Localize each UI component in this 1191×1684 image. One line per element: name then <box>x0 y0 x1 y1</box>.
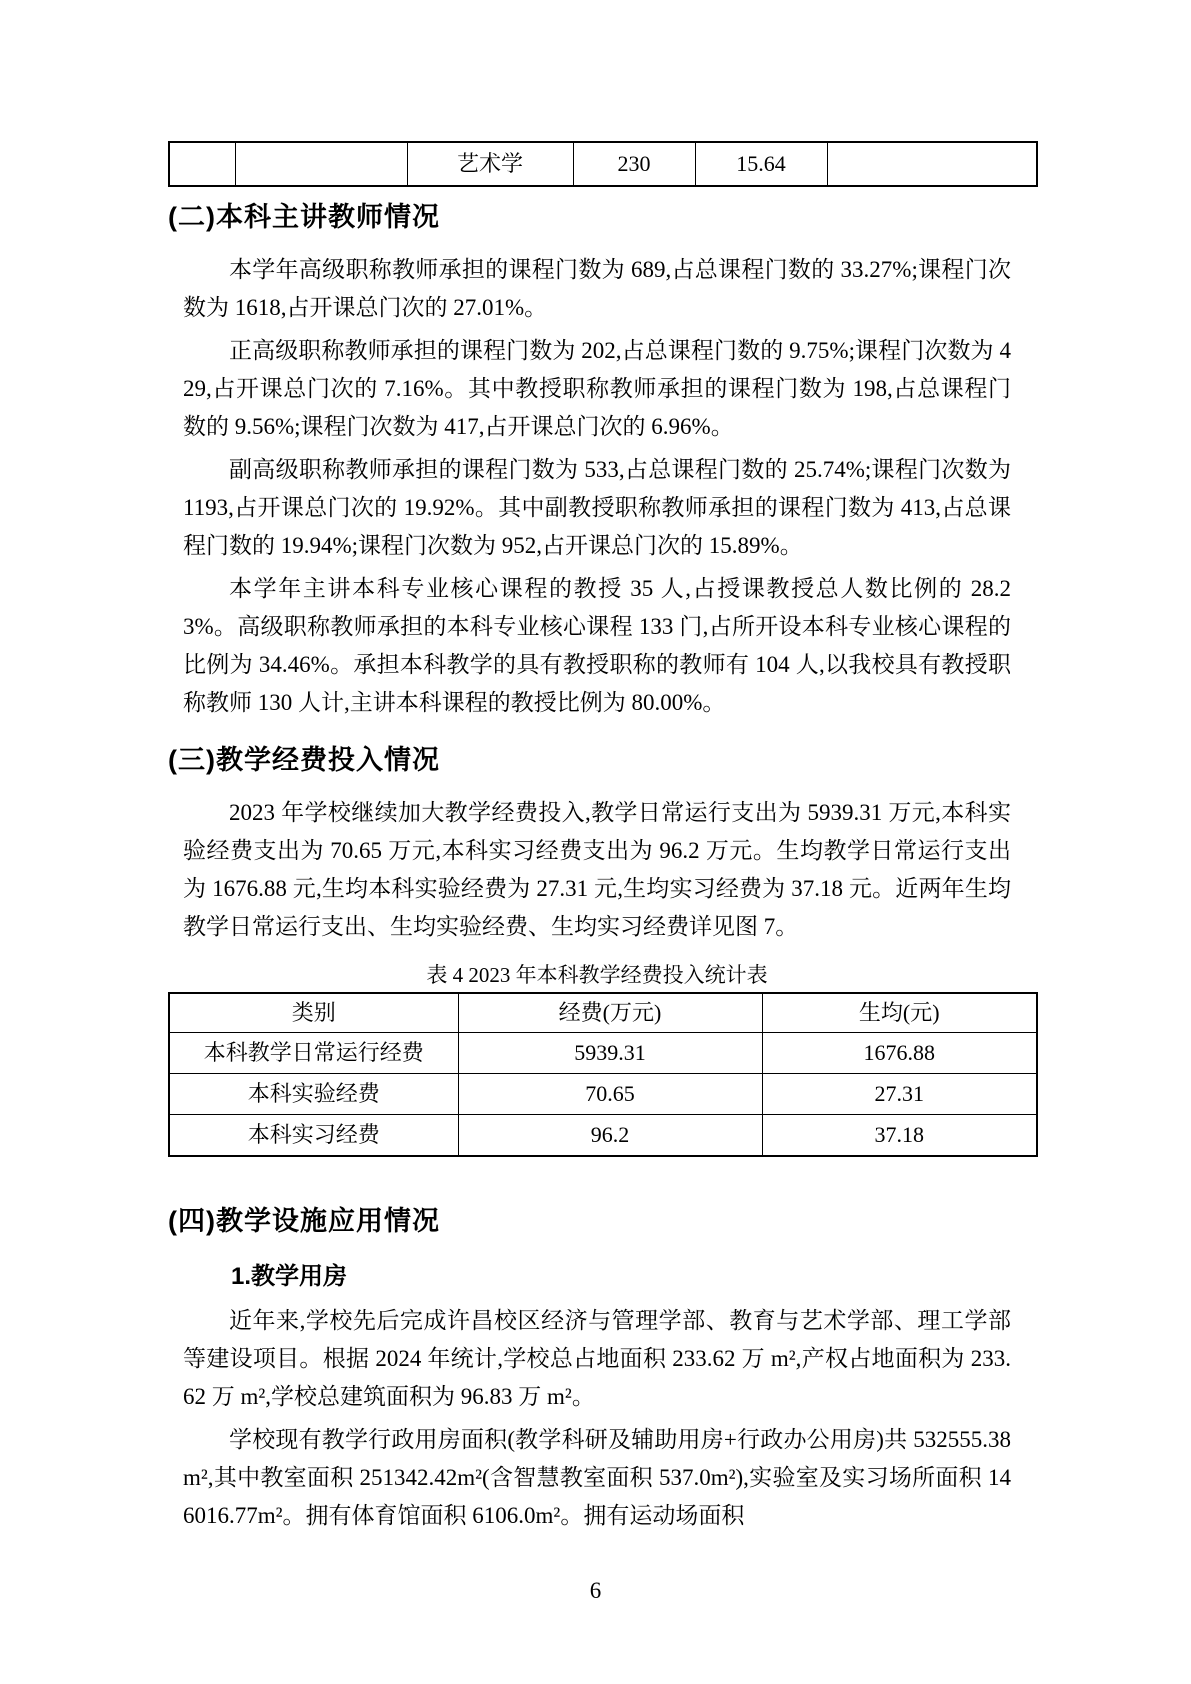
column-header-category: 类别 <box>169 993 458 1033</box>
cell-amount: 70.65 <box>458 1074 762 1115</box>
column-header-amount: 经费(万元) <box>458 993 762 1033</box>
cell-category: 本科实验经费 <box>169 1074 458 1115</box>
table-header-row: 类别 经费(万元) 生均(元) <box>169 993 1037 1033</box>
cell-per-student: 1676.88 <box>762 1033 1037 1074</box>
cell-amount: 5939.31 <box>458 1033 762 1074</box>
paragraph: 本学年高级职称教师承担的课程门数为 689,占总课程门数的 33.27%;课程门… <box>183 251 1011 327</box>
paragraph: 2023 年学校继续加大教学经费投入,教学日常运行支出为 5939.31 万元,… <box>183 794 1011 946</box>
table-row: 本科实验经费 70.65 27.31 <box>169 1074 1037 1115</box>
column-header-per-student: 生均(元) <box>762 993 1037 1033</box>
paragraph: 正高级职称教师承担的课程门数为 202,占总课程门数的 9.75%;课程门次数为… <box>183 332 1011 446</box>
cell-per-student: 37.18 <box>762 1115 1037 1157</box>
paragraph: 副高级职称教师承担的课程门数为 533,占总课程门数的 25.74%;课程门次数… <box>183 451 1011 565</box>
section-2-body: 本学年高级职称教师承担的课程门数为 689,占总课程门数的 33.27%;课程门… <box>183 251 1011 727</box>
table-caption: 表 4 2023 年本科教学经费投入统计表 <box>183 961 1011 989</box>
section-heading-3: (三)教学经费投入情况 <box>168 742 440 778</box>
cell-category: 本科实习经费 <box>169 1115 458 1157</box>
page-number: 6 <box>0 1578 1191 1604</box>
paragraph: 学校现有教学行政用房面积(教学科研及辅助用房+行政办公用房)共 532555.3… <box>183 1421 1011 1535</box>
table-row: 本科教学日常运行经费 5939.31 1676.88 <box>169 1033 1037 1074</box>
funding-table: 类别 经费(万元) 生均(元) 本科教学日常运行经费 5939.31 1676.… <box>168 992 1038 1157</box>
paragraph: 本学年主讲本科专业核心课程的教授 35 人,占授课教授总人数比例的 28.23%… <box>183 570 1011 722</box>
cell-per-student: 27.31 <box>762 1074 1037 1115</box>
section-3-body: 2023 年学校继续加大教学经费投入,教学日常运行支出为 5939.31 万元,… <box>183 794 1011 951</box>
cell-amount: 96.2 <box>458 1115 762 1157</box>
table-cell <box>235 142 407 186</box>
subsection-heading-teaching-rooms: 1.教学用房 <box>183 1262 1011 1292</box>
table-cell-discipline: 艺术学 <box>407 142 573 186</box>
section-4-body-1: 近年来,学校先后完成许昌校区经济与管理学部、教育与艺术学部、理工学部等建设项目。… <box>183 1302 1011 1421</box>
section-heading-4: (四)教学设施应用情况 <box>168 1203 440 1239</box>
section-heading-2: (二)本科主讲教师情况 <box>168 199 440 235</box>
table-cell-percent: 15.64 <box>695 142 827 186</box>
cell-category: 本科教学日常运行经费 <box>169 1033 458 1074</box>
table-row: 本科实习经费 96.2 37.18 <box>169 1115 1037 1157</box>
table-cell <box>827 142 1037 186</box>
degree-category-table: 艺术学 230 15.64 <box>168 141 1038 187</box>
table-row: 艺术学 230 15.64 <box>169 142 1037 186</box>
section-4-body-2: 学校现有教学行政用房面积(教学科研及辅助用房+行政办公用房)共 532555.3… <box>183 1421 1011 1540</box>
paragraph: 近年来,学校先后完成许昌校区经济与管理学部、教育与艺术学部、理工学部等建设项目。… <box>183 1302 1011 1416</box>
table-cell-count: 230 <box>573 142 695 186</box>
table-cell <box>169 142 235 186</box>
document-page: 艺术学 230 15.64 (二)本科主讲教师情况 本学年高级职称教师承担的课程… <box>0 0 1191 1684</box>
